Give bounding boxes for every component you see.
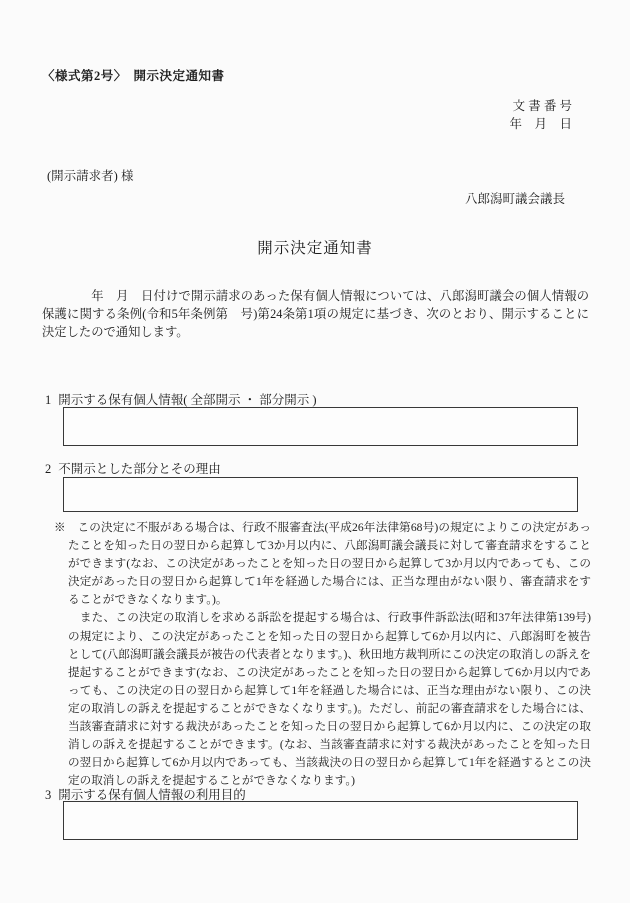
section-2-label: 不開示とした部分とその理由 bbox=[58, 462, 221, 476]
nondisclosed-parts-reason-box bbox=[63, 477, 578, 512]
appeal-instructions-note: ※ この決定に不服がある場合は、行政不服審査法(平成26年法律第68号)の規定に… bbox=[54, 519, 591, 790]
section-1-heading: 1開示する保有個人情報( 全部開示 ・ 部分開示 ) bbox=[45, 390, 317, 408]
appeal-note-paragraph-1: ※ この決定に不服がある場合は、行政不服審査法(平成26年法律第68号)の規定に… bbox=[54, 519, 591, 609]
appeal-note-paragraph-2: また、この決定の取消しを求める訴訟を提起する場合は、行政事件訴訟法(昭和37年法… bbox=[54, 609, 591, 790]
section-2-number: 2 bbox=[45, 462, 51, 476]
sender-title: 八郎潟町議会議長 bbox=[465, 189, 565, 207]
section-3-label: 開示する保有個人情報の利用目的 bbox=[58, 788, 246, 802]
document-number-block: 文 書 番 号 年 月 日 bbox=[509, 98, 572, 133]
document-number-label: 文 書 番 号 bbox=[509, 98, 572, 116]
notification-document-page: 〈様式第2号〉 開示決定通知書 文 書 番 号 年 月 日 (開示請求者) 様 … bbox=[0, 0, 630, 903]
document-title: 開示決定通知書 bbox=[0, 236, 630, 258]
document-date-line: 年 月 日 bbox=[509, 116, 572, 134]
form-style-number-label: 〈様式第2号〉 開示決定通知書 bbox=[42, 66, 225, 84]
section-2-heading: 2不開示とした部分とその理由 bbox=[45, 459, 221, 477]
section-1-label: 開示する保有個人情報( 全部開示 ・ 部分開示 ) bbox=[58, 393, 316, 407]
disclosed-personal-info-box bbox=[63, 407, 578, 446]
section-1-number: 1 bbox=[45, 393, 51, 407]
addressee-line: (開示請求者) 様 bbox=[47, 166, 133, 184]
usage-purpose-box bbox=[63, 801, 578, 840]
notification-body-paragraph: 年 月 日付けで開示請求のあった保有個人情報については、八郎潟町議会の個人情報の… bbox=[42, 287, 589, 341]
section-3-number: 3 bbox=[45, 788, 51, 802]
